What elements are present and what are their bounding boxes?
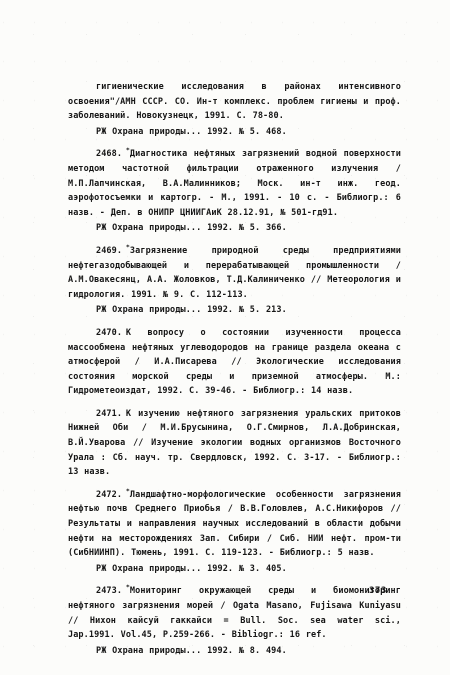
entry-abstract-ref: РЖ Охрана природы... 1992. № 5. 468. <box>68 125 401 140</box>
bibliography-entry-2473: 2473.*Мониторинг окружающей среды и биом… <box>68 584 401 658</box>
entry-abstract-ref: РЖ Охрана природы... 1992. № 8. 494. <box>68 644 401 659</box>
entry-abstract-ref: РЖ Охрана природы... 1992. № 5. 213. <box>68 303 401 318</box>
entry-number: 2469. <box>96 246 122 256</box>
entry-number: 2473. <box>96 586 122 596</box>
page-number: 373 <box>369 586 387 596</box>
entry-number: 2468. <box>96 149 122 159</box>
bibliography-entry-2470: 2470.К вопросу о состоянии изученности п… <box>68 326 401 399</box>
bibliography-entry-2468: 2468.*Диагностика нефтяных загрязнений в… <box>68 147 401 236</box>
entry-number: 2470. <box>96 328 122 338</box>
scanned-page: { "page": { "number": "373" }, "colors":… <box>0 0 450 675</box>
bibliography-entry-2471: 2471.К изучению нефтяного загрязнения ур… <box>68 407 401 480</box>
entry-body: Ландшафтно-морфологические особенности з… <box>68 490 401 558</box>
entry-text: 2472.*Ландшафтно-морфологические особенн… <box>68 488 401 561</box>
entry-body: Диагностика нефтяных загрязнений водной … <box>68 149 401 217</box>
entry-text: 2471.К изучению нефтяного загрязнения ур… <box>68 407 401 480</box>
entry-text: 2470.К вопросу о состоянии изученности п… <box>68 326 401 399</box>
bibliography-entry-2469: 2469.*Загрязнение природной среды предпр… <box>68 244 401 318</box>
bibliography-text-column: гигиенические исследования в районах инт… <box>68 80 401 666</box>
bibliography-entry-continuation: гигиенические исследования в районах инт… <box>68 80 401 139</box>
entry-body: К изучению нефтяного загрязнения уральск… <box>68 409 401 477</box>
entry-number: 2472. <box>96 490 122 500</box>
entry-body: гигиенические исследования в районах инт… <box>68 82 401 121</box>
entry-text: 2473.*Мониторинг окружающей среды и биом… <box>68 584 401 642</box>
entry-abstract-ref: РЖ Охрана природы... 1992. № 3. 405. <box>68 562 401 577</box>
entry-body: К вопросу о состоянии изученности процес… <box>68 328 401 396</box>
bibliography-entry-2472: 2472.*Ландшафтно-морфологические особенн… <box>68 488 401 577</box>
entry-abstract-ref: РЖ Охрана природы... 1992. № 5. 366. <box>68 221 401 236</box>
entry-text: 2469.*Загрязнение природной среды предпр… <box>68 244 401 302</box>
entry-number: 2471. <box>96 409 122 419</box>
entry-text: 2468.*Диагностика нефтяных загрязнений в… <box>68 147 401 220</box>
entry-text: гигиенические исследования в районах инт… <box>68 80 401 124</box>
